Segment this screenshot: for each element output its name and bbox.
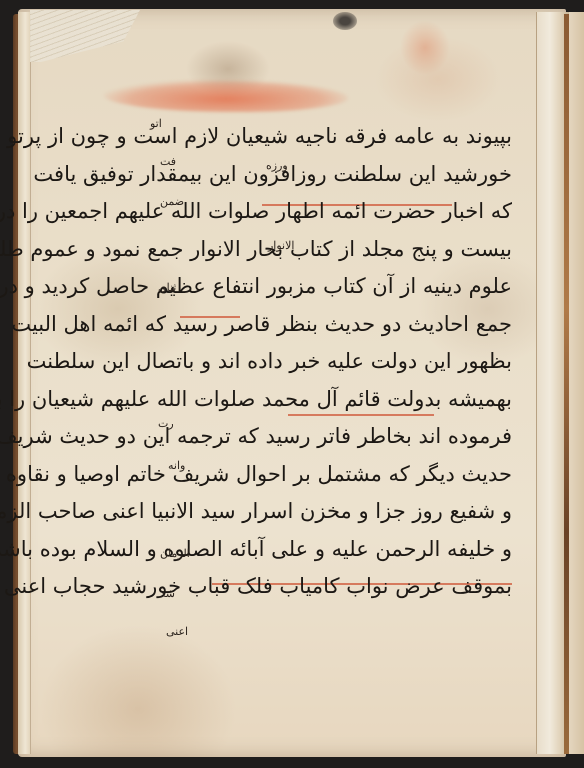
interlinear-gloss: وانه (168, 460, 185, 471)
interlinear-gloss: شد (160, 588, 175, 599)
text-line: حدیث دیگر که مشتمل بر احوال شریف خاتم او… (150, 456, 512, 494)
ink-blot-stain (333, 12, 357, 30)
faint-red-stain (400, 20, 450, 75)
text-line: که اخبار حضرت ائمه اطهار صلوات الله علیه… (150, 193, 512, 231)
interlinear-gloss: ثنای (158, 282, 176, 293)
interlinear-gloss: رت (158, 418, 174, 429)
main-text-block: بپیوند به عامه فرقه ناجیه شیعیان لازم اس… (150, 118, 512, 606)
interlinear-gloss: ورزه (266, 160, 288, 171)
text-line: جمع احادیث دو حدیث بنظر قاصر رسید که ائم… (150, 306, 512, 344)
text-line: بپیوند به عامه فرقه ناجیه شیعیان لازم اس… (150, 118, 512, 156)
text-line: و شفیع روز جزا و مخزن اسرار سید الانبیا … (150, 493, 512, 531)
text-line: علوم دینیه از آن کتاب مزبور انتفاع عظیم … (150, 268, 512, 306)
interlinear-gloss: فت (160, 156, 176, 167)
text-line: بهمیشه بدولت قائم آل محمد صلوات الله علی… (150, 381, 512, 419)
text-line: بظهور این دولت علیه خبر داده اند و باتصا… (150, 343, 512, 381)
interlinear-gloss: اعنی (166, 626, 188, 637)
interlinear-gloss: الزمان (160, 548, 190, 559)
text-line: فرموده اند بخاطر فاتر رسید که ترجمه این … (150, 418, 512, 456)
text-line: بیست و پنج مجلد از کتاب بحار الانوار جمع… (150, 231, 512, 269)
text-line: بموقف عرض نواب کامیاب فلک قباب خورشید حج… (150, 568, 512, 606)
interlinear-gloss: الانوار (268, 240, 294, 251)
text-line: خورشید این سلطنت روزافزون این بیمقدار تو… (150, 156, 512, 194)
adjacent-page-edge (569, 12, 584, 754)
interlinear-gloss: اتو (150, 118, 162, 129)
text-line: و خلیفه الرحمن علیه و علی آبائه الصلوه و… (150, 531, 512, 569)
interlinear-gloss: ضمن (160, 196, 184, 207)
